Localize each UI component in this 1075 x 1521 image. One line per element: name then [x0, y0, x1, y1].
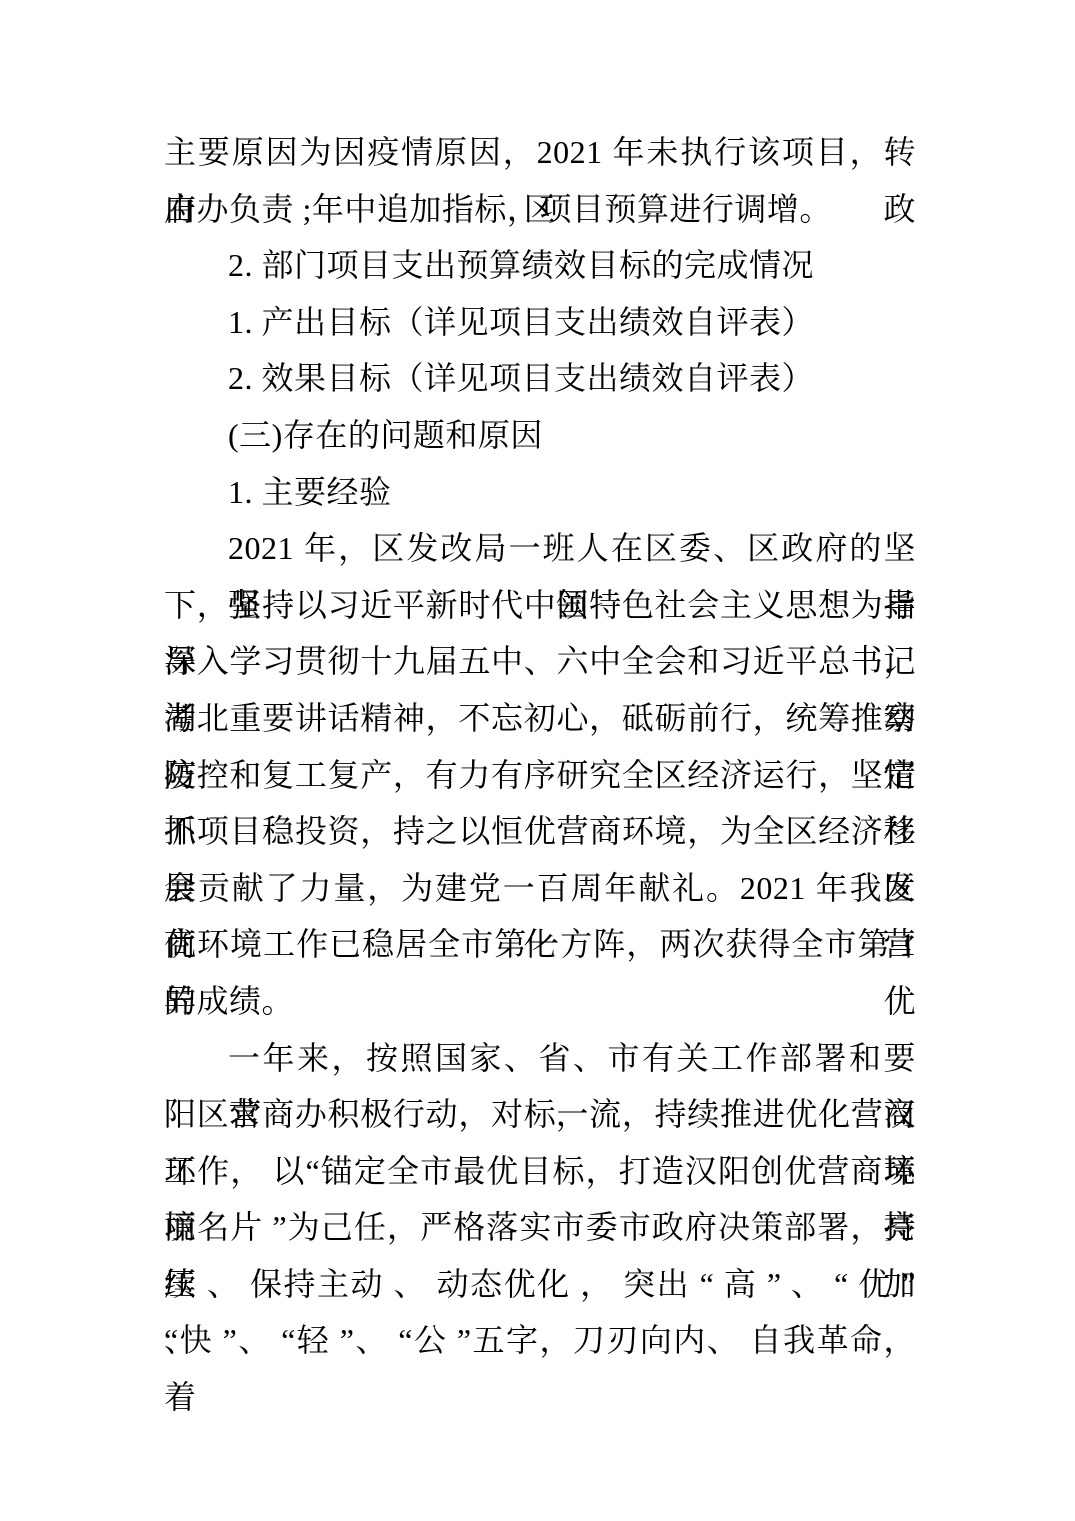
text-line: 防控和复工复产，有力有序研究全区经济运行，坚定不移 — [164, 747, 916, 804]
text-line: 2. 效果目标（详见项目支出绩效自评表） — [164, 350, 916, 407]
text-line: 湖北重要讲话精神，不忘初心，砥砺前行，统筹推动疫情 — [164, 690, 916, 747]
text-line: 2021 年，区发改局一班人在区委、区政府的坚强领导 — [164, 520, 916, 577]
text-line: 丽名片 ”为己任，严格落实市委市政府决策部署，持续加 — [164, 1199, 916, 1256]
text-line: 主要原因为因疫情原因，2021 年未执行该项目，转由区政 — [164, 124, 916, 181]
text-line: 一年来，按照国家、省、市有关工作部署和要求，汉 — [164, 1030, 916, 1087]
text-line: 阳区营商办积极行动，对标一流，持续推进优化营商环境 — [164, 1086, 916, 1143]
text-line: (三)存在的问题和原因 — [164, 407, 916, 464]
text-line: 府办负责 ;年中追加指标，项目预算进行调增。 — [164, 181, 916, 238]
text-line: 2. 部门项目支出预算绩效目标的完成情况 — [164, 237, 916, 294]
text-line: “快 ”、 “轻 ”、 “公 ”五字，刀刃向内、 自我革命，着 — [164, 1312, 916, 1369]
document-page: 主要原因为因疫情原因，2021 年未执行该项目，转由区政府办负责 ;年中追加指标… — [0, 0, 1075, 1521]
text-line: 1. 产出目标（详见项目支出绩效自评表） — [164, 294, 916, 351]
document-content: 主要原因为因疫情原因，2021 年未执行该项目，转由区政府办负责 ;年中追加指标… — [164, 124, 916, 1369]
text-line: 展贡献了力量，为建党一百周年献礼。2021 年我区优化营 — [164, 860, 916, 917]
text-line: 工作， 以“锚定全市最优目标，打造汉阳创优营商环境亮 — [164, 1143, 916, 1200]
text-line: 下，坚持以习近平新时代中国特色社会主义思想为指导， — [164, 577, 916, 634]
text-line: 商环境工作已稳居全市第一方阵，两次获得全市第 1 的优 — [164, 916, 916, 973]
text-line: 压 、 保持主动 、 动态优化 ， 突出 “ 高 ” 、 “ 优 ” 、 — [164, 1256, 916, 1313]
text-line: 抓项目稳投资，持之以恒优营商环境，为全区经济社会发 — [164, 803, 916, 860]
text-line: 1. 主要经验 — [164, 464, 916, 521]
text-line: 深入学习贯彻十九届五中、六中全会和习近平总书记考察 — [164, 633, 916, 690]
